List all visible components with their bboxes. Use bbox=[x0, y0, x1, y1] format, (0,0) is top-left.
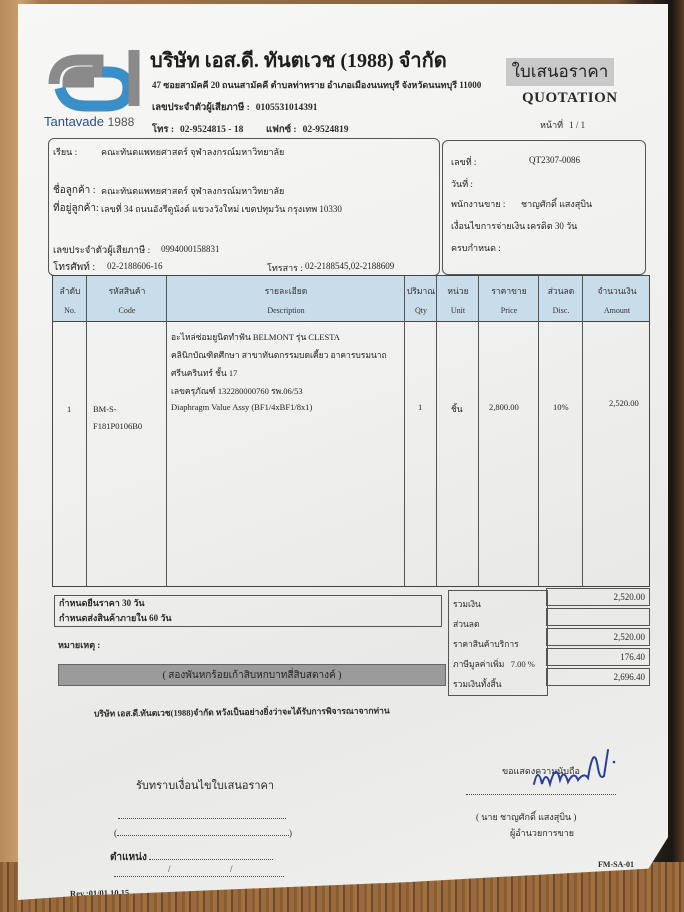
customer-box: เรียน : คณะทันตแพทยศาสตร์ จุฬาลงกรณ์มหาว… bbox=[48, 138, 440, 276]
company-tax-id-label: เลขประจำตัวผู้เสียภาษี : bbox=[152, 103, 250, 113]
discount-label: ส่วนลด bbox=[453, 617, 480, 631]
row-unit: ชิ้น bbox=[451, 402, 463, 416]
customer-address-label: ที่อยู่ลูกค้า: bbox=[53, 201, 99, 216]
row-desc-line: อะไหล่ซ่อมยูนิตทำฟัน BELMONT รุ่น CLESTA bbox=[171, 330, 340, 344]
customer-tax-id-value: 0994000158831 bbox=[161, 244, 220, 254]
subtotal-value: 2,520.00 bbox=[546, 588, 650, 606]
delivery-terms: กำหนดส่งสินค้าภายใน 60 วัน bbox=[55, 611, 441, 626]
date-separator: / bbox=[168, 864, 171, 874]
column-divider bbox=[53, 276, 87, 586]
col-header-price: ราคาขายPrice bbox=[479, 276, 539, 322]
vat-label-text: ภาษีมูลค่าเพิ่ม bbox=[453, 659, 504, 669]
sales-rep-name: ( นาย ชาญศักดิ์ แสงสุบิน ) bbox=[476, 810, 576, 824]
row-discount: 10% bbox=[553, 402, 569, 412]
row-no: 1 bbox=[67, 404, 71, 414]
customer-name-line: () bbox=[114, 828, 292, 838]
page-label: หน้าที่ bbox=[540, 120, 563, 130]
customer-signature-line bbox=[118, 818, 286, 819]
signature-icon bbox=[528, 740, 618, 796]
grand-total-value: 2,696.40 bbox=[546, 668, 650, 686]
logo-brand: Tantavade bbox=[44, 114, 104, 129]
customer-fax-label: โทรสาร : bbox=[267, 261, 303, 275]
thank-you-note: บริษัท เอส.ดี.ทันตเวช(1988)จำกัด หวังเป็… bbox=[94, 703, 390, 720]
row-desc-line: Diaphragm Value Assy (BF1/4xBF1/8x1) bbox=[171, 402, 312, 412]
customer-phone-value: 02-2188606-16 bbox=[107, 261, 163, 271]
quotation-sheet: Tantavade 1988 บริษัท เอส.ดี. ทันตเวช (1… bbox=[18, 4, 668, 900]
col-header-amount: จำนวนเงินAmount bbox=[583, 276, 651, 322]
sales-rep-role: ผู้อำนวยการขาย bbox=[510, 826, 574, 840]
col-header-description: รายละเอียดDescription bbox=[167, 276, 405, 322]
row-code-line1: BM-S- bbox=[93, 404, 117, 414]
date-line bbox=[114, 876, 284, 877]
net-value: 2,520.00 bbox=[546, 628, 650, 646]
col-header-no: ลำดับNo. bbox=[53, 276, 87, 322]
document-title-english: QUOTATION bbox=[522, 90, 618, 107]
company-tel-value: 02-9524815 - 18 bbox=[180, 125, 243, 135]
price-validity: กำหนดยืนราคา 30 วัน bbox=[55, 596, 441, 611]
row-desc-line: เลขครุภัณฑ์ 132280000760 รพ.06/53 bbox=[171, 384, 303, 398]
customer-phone-label: โทรศัพท์ : bbox=[53, 260, 95, 275]
row-amount: 2,520.00 bbox=[609, 398, 639, 408]
net-label: ราคาสินค้าบริการ bbox=[453, 637, 519, 651]
column-divider bbox=[479, 276, 539, 586]
row-desc-line: ศรีนครินทร์ ชั้น 17 bbox=[171, 366, 237, 380]
payment-terms-value: เครดิต 30 วัน bbox=[527, 219, 577, 233]
quotation-info-box: เลขที่ : QT2307-0086 วันที่ : พนักงานขาย… bbox=[442, 140, 646, 275]
column-divider bbox=[405, 276, 437, 586]
company-tax-id: เลขประจำตัวผู้เสียภาษี :0105531014391 bbox=[152, 100, 318, 115]
document-title-thai: ใบเสนอราคา bbox=[506, 58, 614, 86]
row-code-line2: F181P0106B0 bbox=[93, 421, 142, 431]
customer-name-label: ชื่อลูกค้า : bbox=[53, 183, 96, 198]
position-field: ตำแหน่ง bbox=[110, 850, 273, 865]
customer-address-value: เลขที่ 34 ถนนอังรีดูนังต์ แขวงวังใหม่ เข… bbox=[101, 202, 342, 216]
salesperson-value: ชาญศักดิ์ แสงสุบิน bbox=[521, 197, 592, 211]
position-label: ตำแหน่ง bbox=[110, 852, 147, 863]
attn-value: คณะทันตแพทยศาสตร์ จุฬาลงกรณ์มหาวิทยาลัย bbox=[101, 145, 284, 159]
row-qty: 1 bbox=[418, 402, 422, 412]
company-tel: โทร :02-9524815 - 18 bbox=[152, 122, 243, 137]
date-separator: / bbox=[230, 864, 233, 874]
column-divider bbox=[437, 276, 479, 586]
col-header-disc: ส่วนลดDisc. bbox=[539, 276, 583, 322]
subtotal-label: รวมเงิน bbox=[453, 597, 481, 611]
company-tax-id-value: 0105531014391 bbox=[256, 103, 318, 113]
vat-rate: 7.00 % bbox=[511, 659, 535, 669]
company-name: บริษัท เอส.ดี. ทันตเวช (1988) จำกัด bbox=[150, 44, 447, 76]
remark-label: หมายเหตุ : bbox=[58, 638, 100, 652]
sales-signature-line bbox=[466, 794, 616, 795]
company-fax-value: 02-9524819 bbox=[303, 125, 349, 135]
customer-fax-value: 02-2188545,02-2188609 bbox=[305, 261, 394, 271]
col-header-qty: ปริมาณQty bbox=[405, 276, 437, 322]
discount-value bbox=[546, 608, 650, 626]
salesperson-label: พนักงานขาย : bbox=[451, 197, 505, 211]
row-desc-line: คลินิกบัณฑิตศึกษา สาขาทันตกรรมบดเคี้ยว อ… bbox=[171, 348, 387, 362]
logo-year: 1988 bbox=[108, 115, 135, 129]
amount-in-words: ( สองพันหกร้อยเก้าสิบหกบาทสี่สิบสตางค์ ) bbox=[58, 664, 446, 686]
col-header-code: รหัสสินค้าCode bbox=[87, 276, 167, 322]
company-address: 47 ซอยสามัคคี 20 ถนนสามัคคี ตำบลท่าทราย … bbox=[152, 78, 481, 92]
column-divider bbox=[87, 276, 167, 586]
quote-number-label: เลขที่ : bbox=[451, 155, 476, 169]
customer-tax-id-label: เลขประจำตัวผู้เสียภาษี : bbox=[53, 243, 150, 258]
quote-number-value: QT2307-0086 bbox=[529, 155, 580, 165]
vat-label: ภาษีมูลค่าเพิ่ม 7.00 % bbox=[453, 657, 535, 671]
col-header-unit: หน่วยUnit bbox=[437, 276, 479, 322]
company-logo-icon bbox=[46, 48, 146, 112]
attn-label: เรียน : bbox=[53, 145, 77, 159]
page-number: หน้าที่1 / 1 bbox=[540, 118, 585, 132]
customer-name-value: คณะทันตแพทยศาสตร์ จุฬาลงกรณ์มหาวิทยาลัย bbox=[101, 184, 284, 198]
payment-terms-label: เงื่อนไขการจ่ายเงิน : bbox=[451, 219, 530, 233]
quote-date-label: วันที่ : bbox=[451, 177, 473, 191]
company-tel-label: โทร : bbox=[152, 125, 174, 135]
vat-value: 176.40 bbox=[546, 648, 650, 666]
company-fax: แฟกซ์ :02-9524819 bbox=[266, 122, 349, 137]
acknowledgement-title: รับทราบเงื่อนไขใบเสนอราคา bbox=[136, 776, 274, 794]
totals-label-box: รวมเงิน ส่วนลด ราคาสินค้าบริการ ภาษีมูลค… bbox=[448, 590, 548, 696]
terms-box: กำหนดยืนราคา 30 วัน กำหนดส่งสินค้าภายใน … bbox=[54, 595, 442, 627]
company-fax-label: แฟกซ์ : bbox=[266, 125, 297, 135]
form-code: FM-SA-01 bbox=[598, 860, 634, 869]
column-divider bbox=[539, 276, 583, 586]
page-value: 1 / 1 bbox=[569, 120, 585, 130]
row-price: 2,800.00 bbox=[489, 402, 519, 412]
logo-brand-text: Tantavade 1988 bbox=[44, 114, 134, 129]
due-date-label: ครบกำหนด : bbox=[451, 241, 501, 255]
items-table: ลำดับNo. รหัสสินค้าCode รายละเอียดDescri… bbox=[52, 275, 650, 587]
grand-total-label: รวมเงินทั้งสิ้น bbox=[453, 677, 502, 691]
column-divider bbox=[167, 276, 405, 586]
